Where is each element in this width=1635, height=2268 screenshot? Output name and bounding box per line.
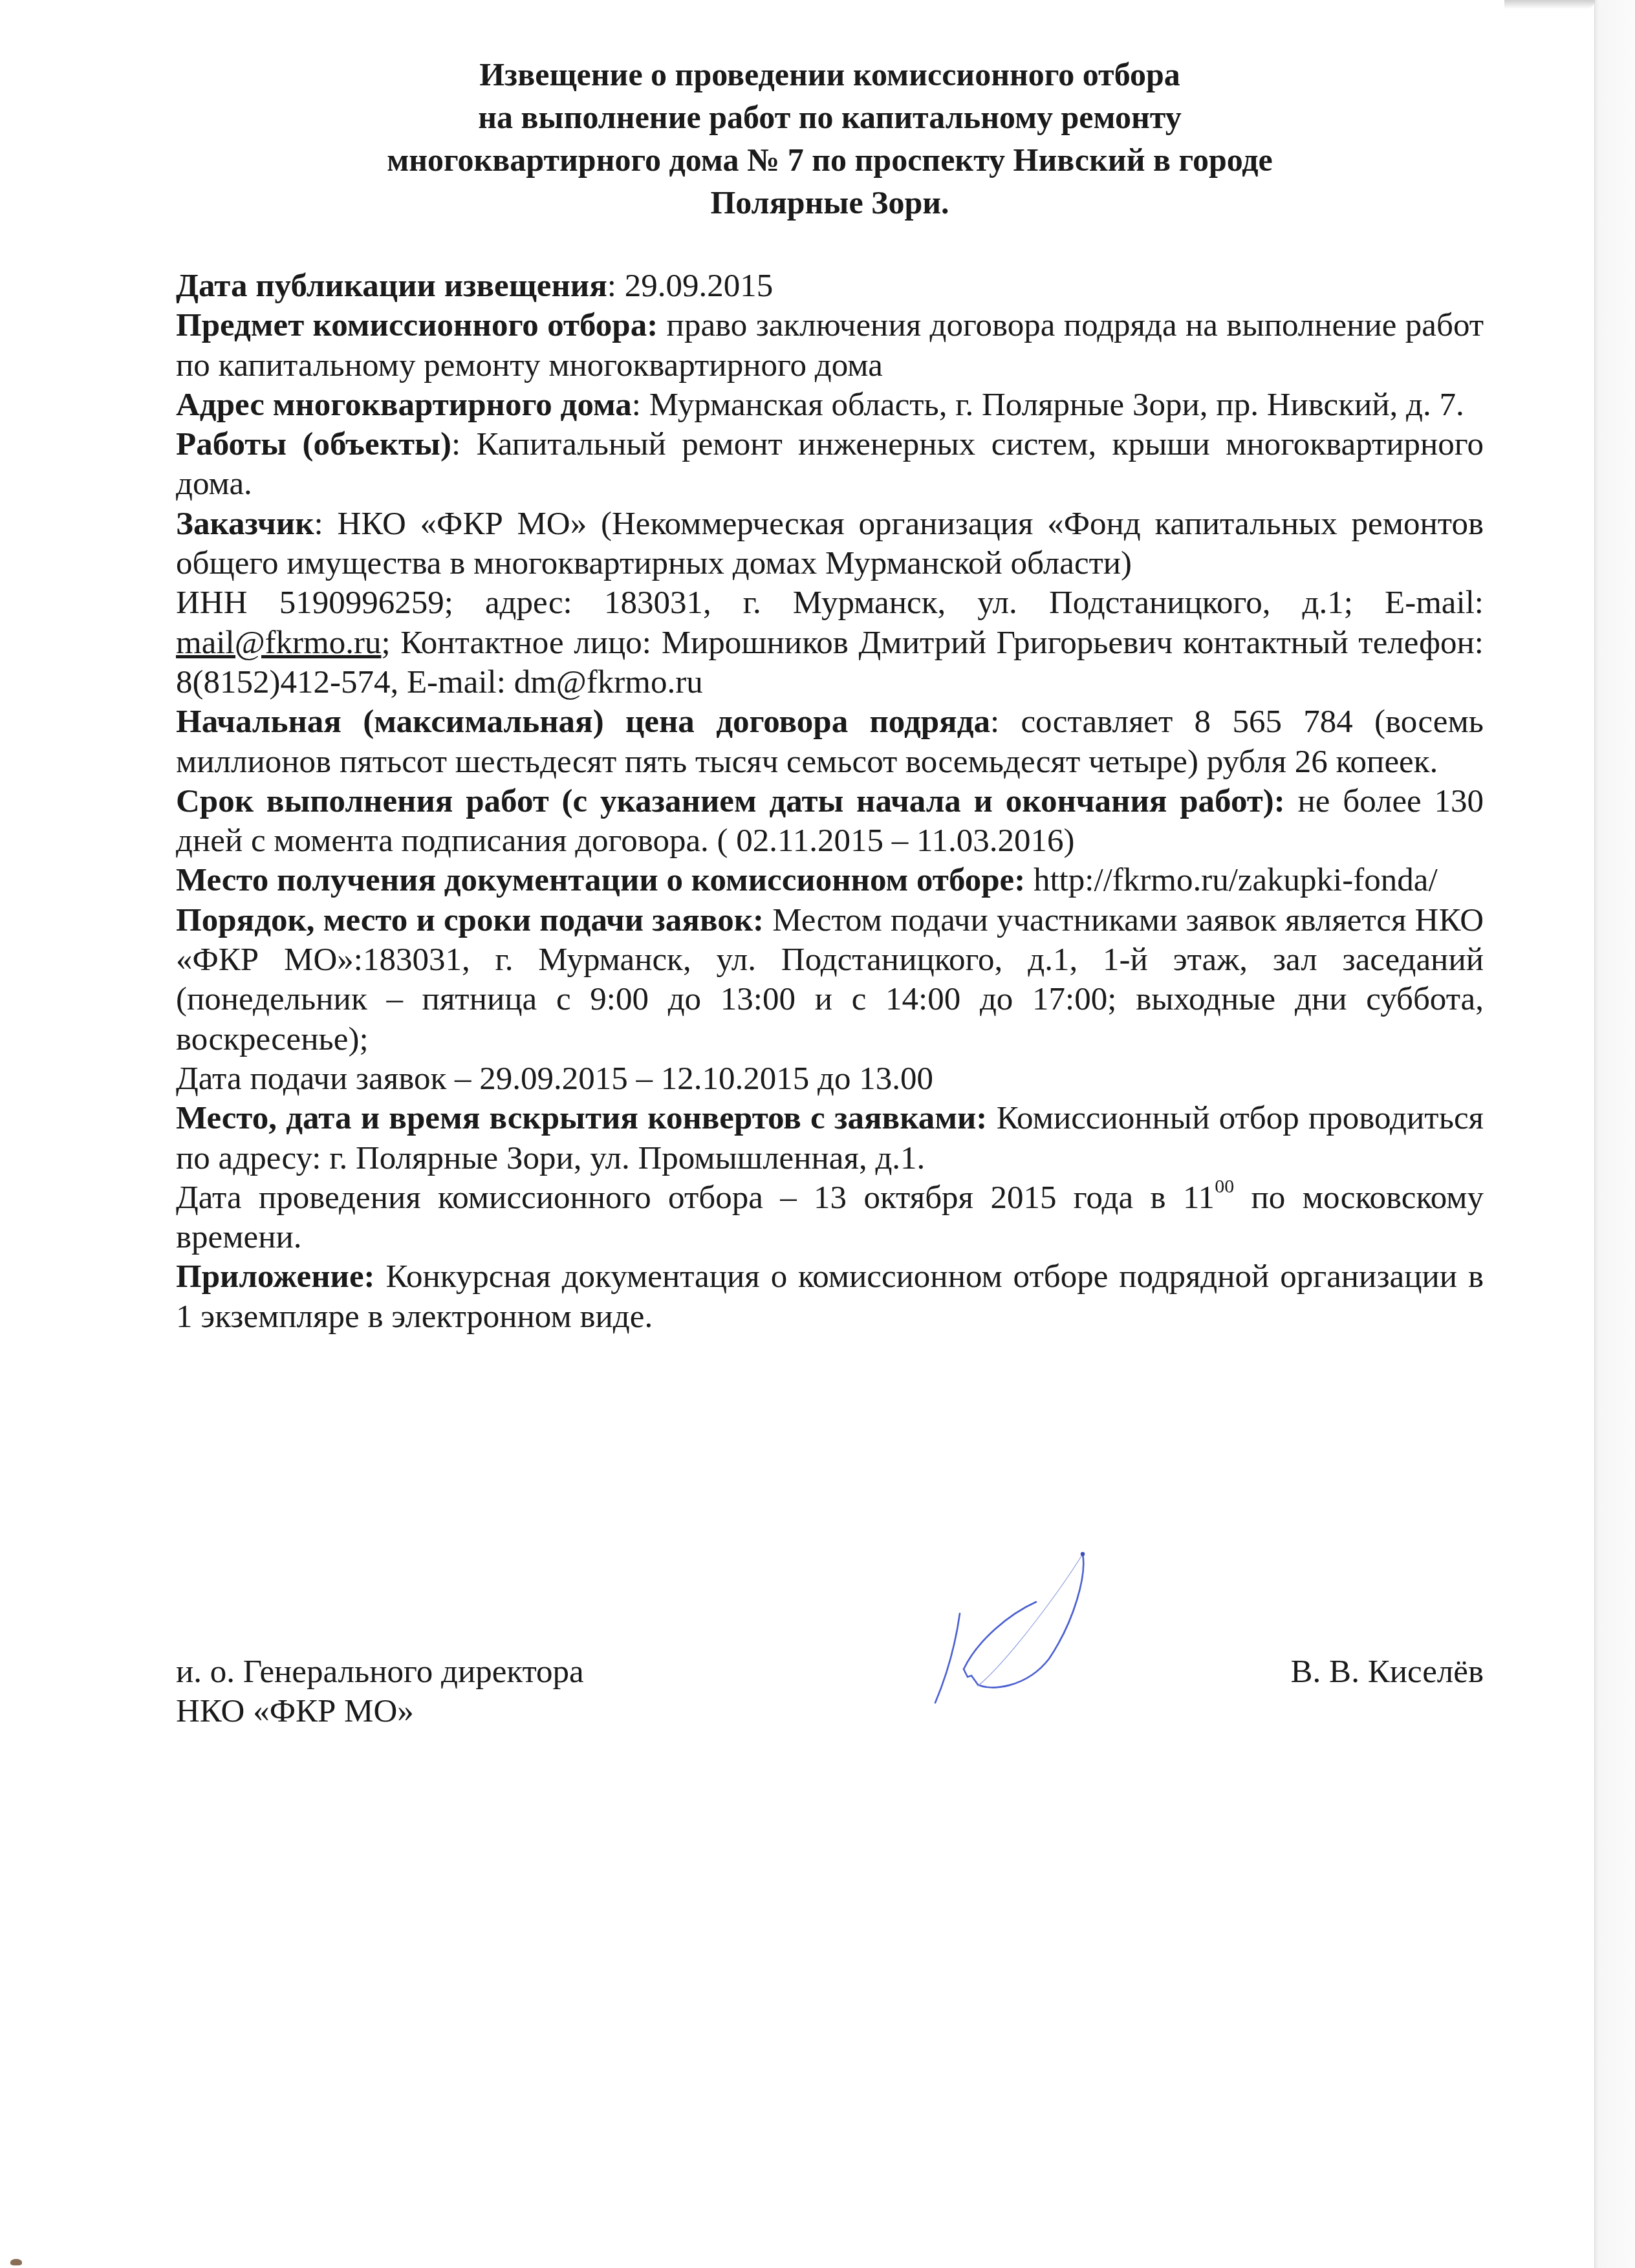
field-label: Срок выполнения работ (с указанием даты … (176, 783, 1285, 819)
scanned-corner-shadow (1504, 0, 1595, 9)
customer-details-prefix: ИНН 5190996259; адрес: 183031, г. Мурман… (176, 585, 1484, 621)
title-line: Полярные Зори. (176, 181, 1484, 224)
email-link[interactable]: mail@fkrmo.ru (176, 625, 381, 661)
work-period-field: Срок выполнения работ (с указанием даты … (176, 782, 1484, 861)
field-label: Работы (объекты) (176, 426, 451, 462)
scan-artifact (10, 2259, 22, 2265)
field-label: Предмет комиссионного отбора: (176, 307, 658, 343)
position-line: и. о. Генерального директора (176, 1652, 584, 1692)
documentation-place-field: Место получения документации о комиссион… (176, 861, 1484, 900)
subject-field: Предмет комиссионного отбора: право закл… (176, 306, 1484, 385)
field-label: Начальная (максимальная) цена договора п… (176, 704, 990, 740)
field-value: : Мурманская область, г. Полярные Зори, … (632, 387, 1464, 423)
handwritten-signature-icon (881, 1549, 1094, 1717)
scanned-page-edge (1594, 0, 1635, 2268)
field-label: Порядок, место и сроки подачи заявок: (176, 902, 764, 938)
submission-dates: Дата подачи заявок – 29.09.2015 – 12.10.… (176, 1059, 1484, 1099)
customer-details: ИНН 5190996259; адрес: 183031, г. Мурман… (176, 583, 1484, 702)
selection-time-minutes: 00 (1215, 1176, 1234, 1197)
opening-field: Место, дата и время вскрытия конвертов с… (176, 1099, 1484, 1178)
attachment-field: Приложение: Конкурсная документация о ко… (176, 1257, 1484, 1337)
field-value: : НКО «ФКР МО» (Некоммерческая организац… (176, 506, 1484, 581)
signatory-position: и. о. Генерального директора НКО «ФКР МО… (176, 1652, 584, 1731)
submission-field: Порядок, место и сроки подачи заявок: Ме… (176, 901, 1484, 1059)
field-label: Место, дата и время вскрытия конвертов с… (176, 1100, 987, 1136)
field-label: Дата публикации извещения (176, 268, 607, 304)
field-label: Приложение: (176, 1258, 375, 1295)
publication-date-field: Дата публикации извещения: 29.09.2015 (176, 266, 1484, 306)
works-field: Работы (объекты): Капитальный ремонт инж… (176, 425, 1484, 504)
title-line: Извещение о проведении комиссионного отб… (176, 53, 1484, 96)
customer-field: Заказчик: НКО «ФКР МО» (Некоммерческая о… (176, 504, 1484, 584)
selection-date-prefix: Дата проведения комиссионного отбора – 1… (176, 1180, 1215, 1216)
title-line: многоквартирного дома № 7 по проспекту Н… (176, 138, 1484, 181)
field-value: : 29.09.2015 (607, 268, 773, 304)
field-label: Место получения документации о комиссион… (176, 862, 1025, 898)
organization-line: НКО «ФКР МО» (176, 1692, 584, 1731)
initial-price-field: Начальная (максимальная) цена договора п… (176, 702, 1484, 782)
signatory-name: В. В. Киселёв (1291, 1652, 1484, 1692)
selection-date: Дата проведения комиссионного отбора – 1… (176, 1178, 1484, 1258)
field-label: Заказчик (176, 506, 314, 542)
signature-block: и. о. Генерального директора НКО «ФКР МО… (176, 1652, 1484, 1820)
documentation-url[interactable]: http://fkrmo.ru/zakupki-fonda/ (1034, 862, 1438, 898)
field-label: Адрес многоквартирного дома (176, 387, 632, 423)
document-body: Дата публикации извещения: 29.09.2015 Пр… (176, 266, 1484, 1337)
title-line: на выполнение работ по капитальному ремо… (176, 96, 1484, 138)
document-title: Извещение о проведении комиссионного отб… (176, 53, 1484, 224)
address-field: Адрес многоквартирного дома: Мурманская … (176, 385, 1484, 425)
